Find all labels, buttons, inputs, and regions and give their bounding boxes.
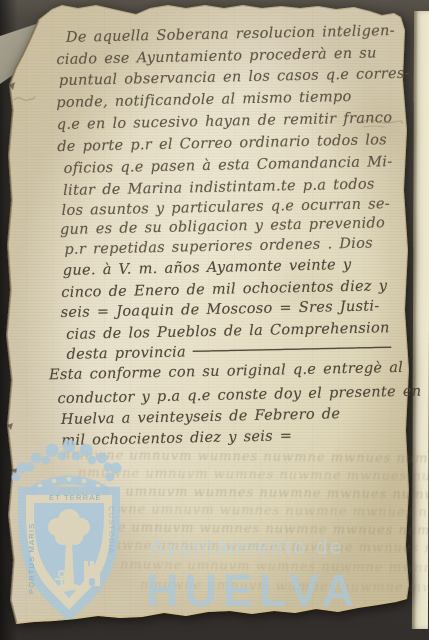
manuscript-line: desta provincia ──────────────────────: [66, 340, 391, 363]
manuscript-line: oficios q.e pasen à esta Comandancia Mi-: [64, 154, 393, 177]
manuscript-line: Huelva a veinteyseis de Febrero de: [61, 406, 341, 428]
document-scan: nmuwne umnuvm wumnes nuwmne mwnues numwe…: [0, 0, 429, 640]
manuscript-line: De aquella Soberana resolucion inteligen…: [66, 23, 395, 46]
manuscript-line: p.r repetidas superiores ordenes . Dios: [64, 235, 373, 257]
manuscript-line: ciado ese Ayuntamiento procederà en su: [56, 45, 377, 68]
manuscript-line: Esta conforme con su original q.e entreg…: [49, 360, 403, 383]
manuscript-line: conductor y p.a q.e conste doy el presen…: [57, 384, 421, 408]
manuscript-line: ponde, notificandole al mismo tiempo: [56, 89, 352, 111]
manuscript-line: gue. à V. m. años Ayamonte veinte y: [63, 257, 352, 279]
manuscript-line: gun es de su obligacion y esta prevenido: [60, 215, 385, 238]
manuscript-line: litar de Marina indistintam.te p.a todos: [63, 176, 375, 199]
manuscript-line: de porte p.r el Correo ordinario todos l…: [57, 132, 387, 155]
manuscript-line: cias de los Pueblos de la Comprehension: [66, 320, 390, 343]
manuscript-line: seis = Joaquin de Moscoso = Sres Justi-: [61, 298, 380, 321]
manuscript-line: q.e en lo sucesivo hayan de remitir fran…: [57, 110, 393, 133]
handwriting-layer: De aquella Soberana resolucion inteligen…: [0, 0, 429, 640]
manuscript-line: puntual observancia en los casos q.e cor…: [59, 66, 410, 89]
manuscript-line: mil ochocientos diez y seis =: [61, 428, 292, 449]
manuscript-line: cinco de Enero de mil ochocientos diez y: [61, 278, 387, 301]
